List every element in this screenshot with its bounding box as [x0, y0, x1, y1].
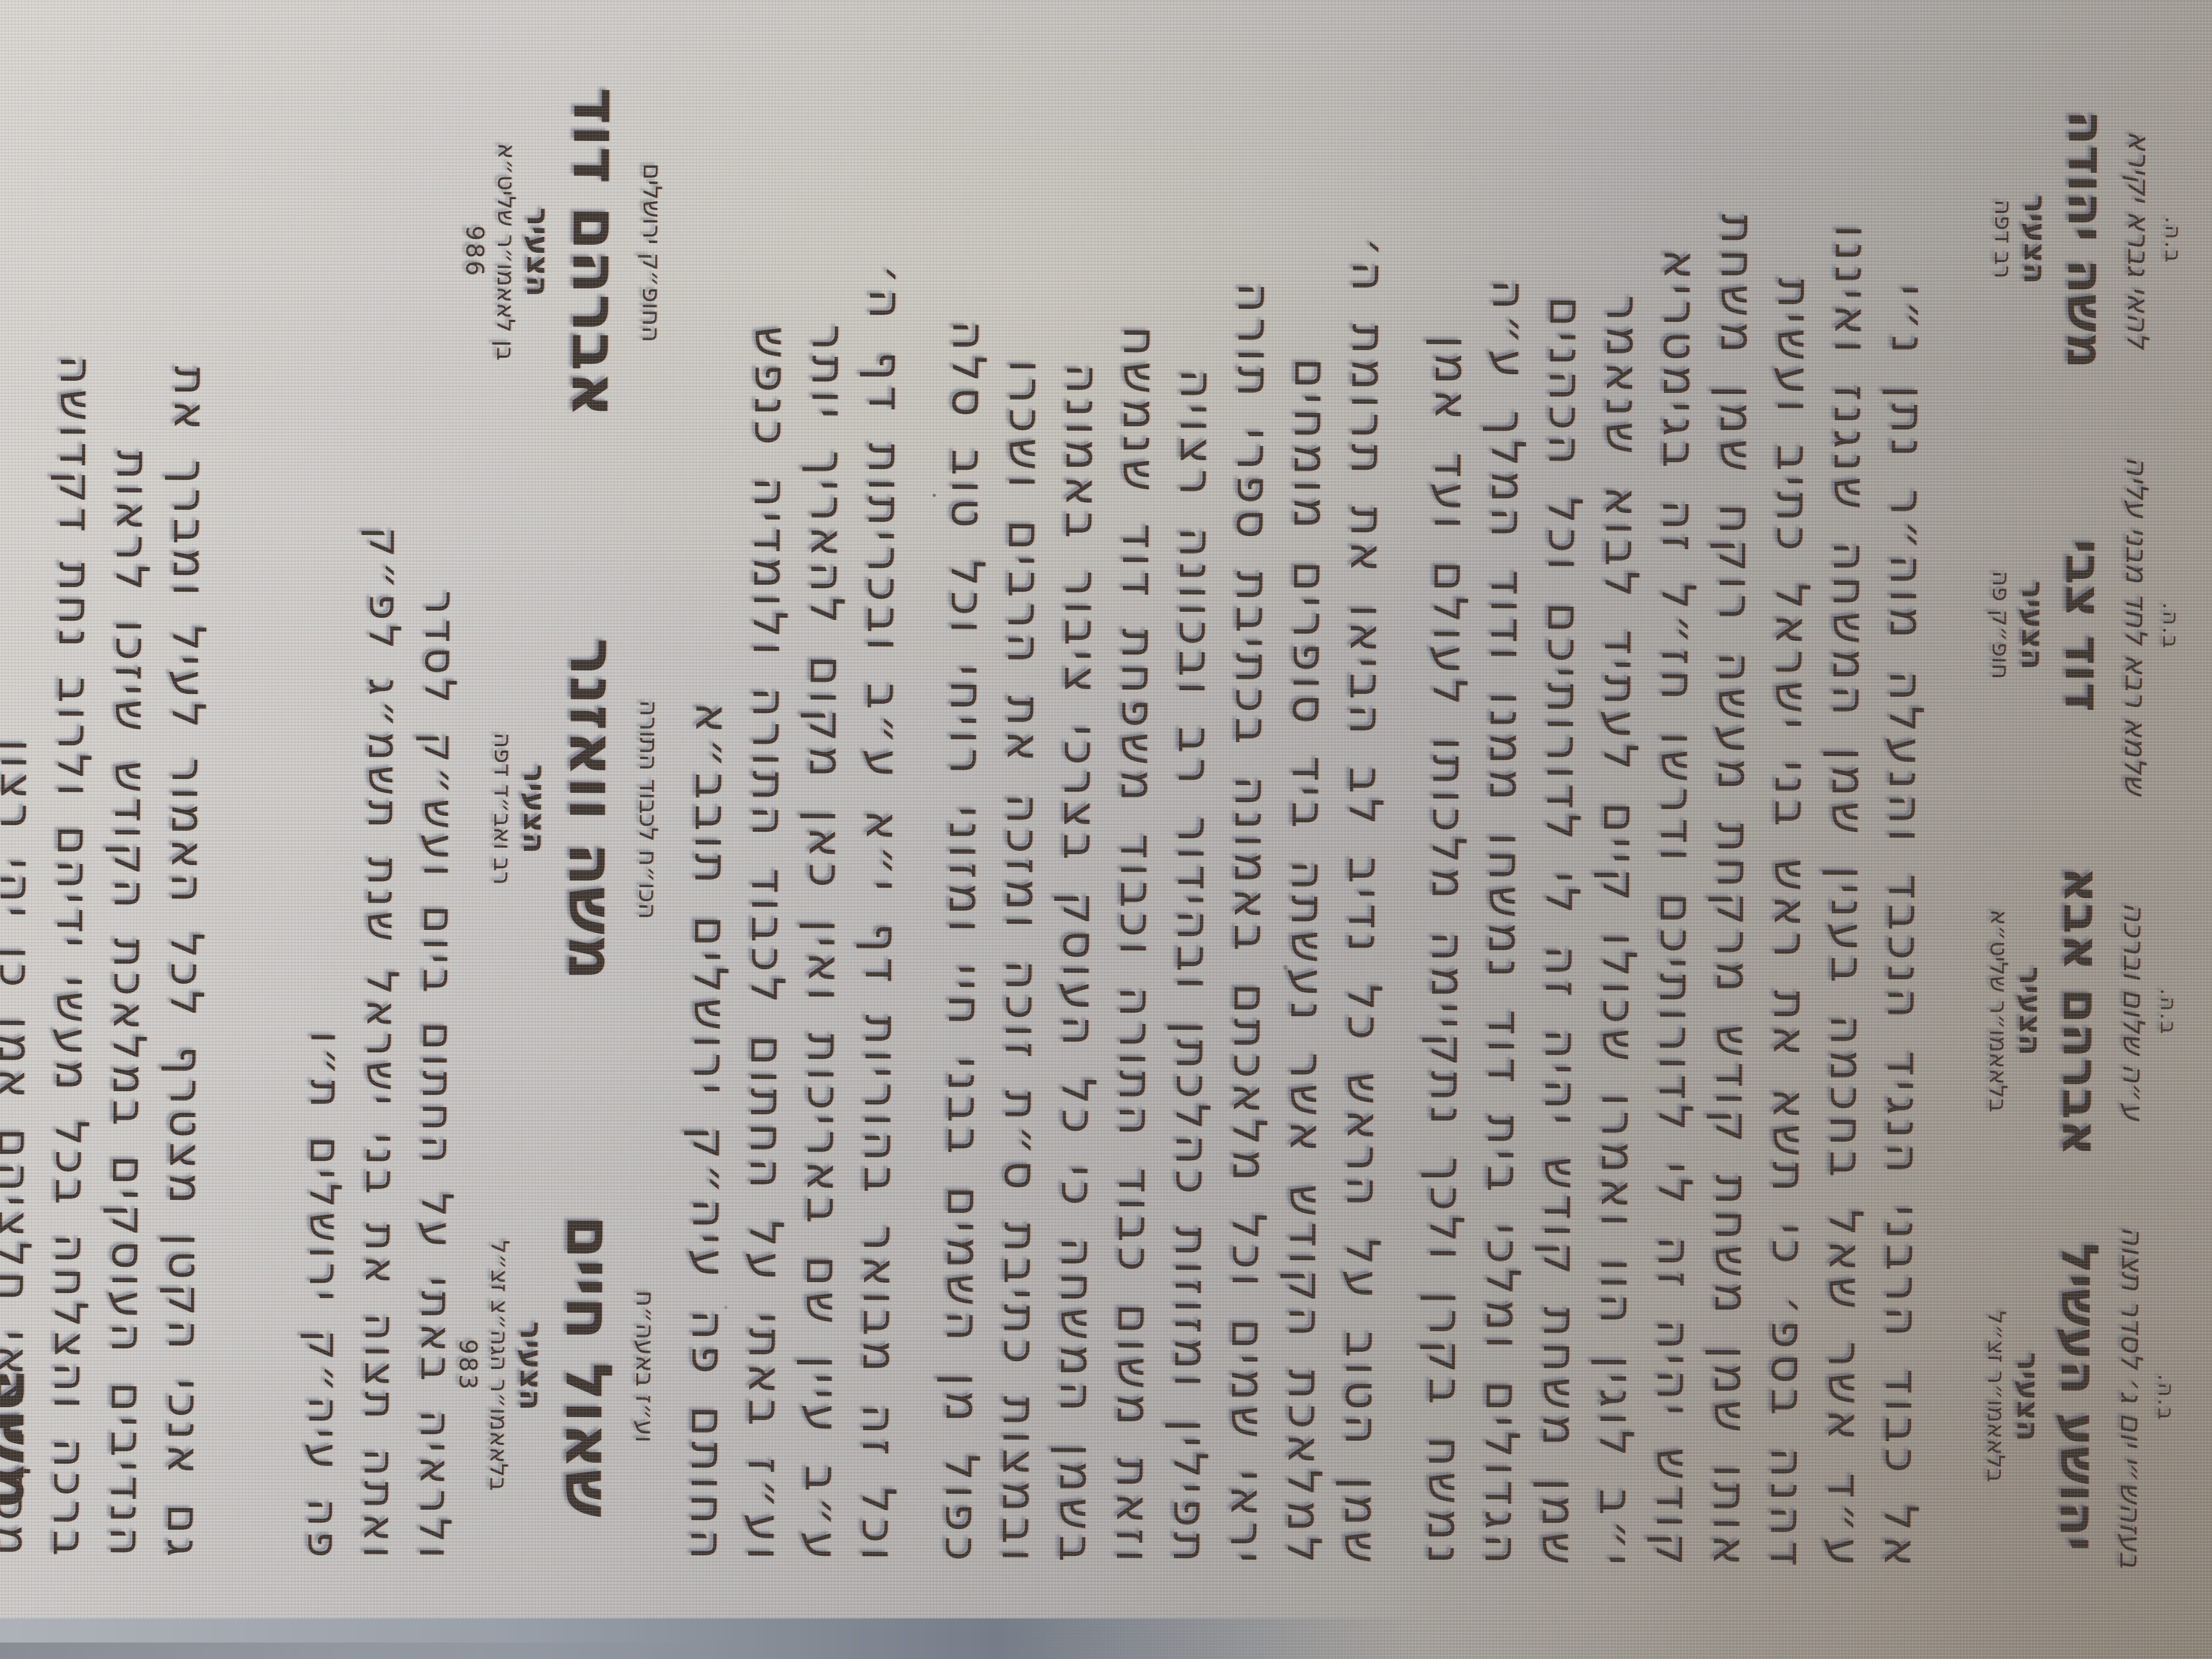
page-number: 986 [459, 54, 489, 449]
body-line: י״ב לוגין הוו ואמרו שכולו קיים לעתיד לבו… [1587, 61, 1654, 1570]
signature-block: הכו״ח לכבוד התורה משה וואזנר הצעיר רב וא… [481, 611, 664, 1007]
signature-pre-line: החופ״ק ירושלים [636, 55, 668, 450]
tzair-label: הצעיר [518, 54, 557, 449]
signature-row: וע״ז באעה״ח שאול חיים הצעיר בלאאמו״ר הגה… [478, 54, 668, 1564]
header-name: דוד צבי [2053, 450, 2114, 802]
signature-name: אברהם דוד [557, 55, 634, 450]
signature-pre-line: הכו״ח לכבוד התורה [633, 612, 664, 1007]
body-line: שמן משחת קודש יהיה זה לי לדורותיכם וכל ה… [1530, 61, 1596, 1570]
header-name: יהושע העשיל [2049, 1221, 2110, 1573]
signature-sub-line: בן לאאמו״ר שליט״א [490, 54, 521, 449]
header-script-line: בעזהש״י יום ג׳ לסדר תצוה [2113, 1222, 2150, 1573]
header-name: אברהם אבא [2051, 836, 2112, 1187]
header-script-line: ע״ה שלום וברכה [2115, 836, 2152, 1187]
body-line: הגדולים ומלכי בית דוד נמשחו ממנו ודוד המ… [1473, 60, 1539, 1570]
document-page: ב.ה. בעזהש״י יום ג׳ לסדר תצוה יהושע העשי… [8, 13, 2190, 1612]
body-line: החותם פה עיה״ק ירושלים תובב״א [679, 55, 745, 1565]
bh-mark: ב.ה. [2159, 65, 2187, 416]
footer-line: פה עיה״ק ירושלים ת״ו [295, 53, 360, 1562]
header-sub-line: רב דפה [1988, 64, 2018, 415]
footer-line: הנדיבים העוסקים במלאכת הקודש שיזכו לראות [97, 52, 163, 1561]
tzair-label: הצעיר [515, 611, 554, 1006]
header-sub-line: בלאאמו״ר שליט״א [1983, 835, 2013, 1186]
screen-photo: ב.ה. בעזהש״י יום ג׳ לסדר תצוה יהושע העשי… [0, 0, 2212, 1659]
body-line: אותו שמן משחת קודש מרקחת מעשה רוקח שמן מ… [1701, 62, 1768, 1571]
header-block: ב.ה. להאי גברא יקירא משה יהודה הצעיר רב … [1944, 63, 2187, 416]
page-number [484, 611, 486, 1006]
signature-pre-line: וע״ז באעה״ח [629, 1169, 661, 1564]
footer-line: ברכה והצלחה בכל מעשי ידיהם ולרוב נחת דקד… [40, 52, 106, 1561]
header-name: משה יהודה [2056, 64, 2117, 416]
body-line: כפול מן השמים בבני חיי ומזוני רויחי וכל … [933, 57, 1000, 1566]
signature-block: החופ״ק ירושלים אברהם דוד הצעיר בן לאאמו״… [484, 54, 668, 450]
signature-name: שאול חיים [550, 1169, 627, 1564]
dust-speck [933, 494, 936, 497]
tzair-label: הצעיר [2013, 449, 2052, 800]
tzair-label: הצעיר [2011, 836, 2050, 1187]
tzair-label: הצעיר [512, 1168, 550, 1563]
body-line: נמשח בקרן ולכך נתקיימה מלכותו לעולם ועד … [1416, 60, 1482, 1569]
footer-line: גם אנכי הקטן מצטרף לכל האמור לעיל ומברך … [154, 52, 221, 1561]
cut-signature-name: משה [0, 1368, 49, 1511]
body-line: ובמצות כתיבת ס״ת זוכה ומזכה את הרבים ושכ… [990, 58, 1057, 1567]
header-sub-line: בלאאמו״ר זצ״ל [1981, 1221, 2011, 1572]
body-line: וכל זה מבואר בהוריות דף י״א ע״ב ובכריתות… [850, 57, 916, 1566]
body-line: דהנה בספ׳ כי תשא את ראש בני ישראל כתיב ו… [1758, 62, 1825, 1571]
body-line: בשמן המשחה כי כל העוסק בצרכי ציבור באמונ… [1047, 58, 1114, 1567]
body-line: שמן הטוב על הראש כל נדיב לב הביאו את תרו… [1333, 60, 1399, 1569]
bh-mark: ב.ה. [2154, 836, 2182, 1187]
tzair-label: הצעיר [2009, 1221, 2047, 1572]
closing-paragraph: גם אנכי הקטן מצטרף לכל האמור לעיל ומברך … [0, 52, 221, 1561]
body-line: תפילין ומזוזות כהלכתן ובהידור רב ובכוונה… [1161, 59, 1228, 1568]
header-script-line: להאי גברא יקירא [2120, 64, 2157, 415]
body-line: יראי שמים וכל מלאכתם באמונה בכתיבת ספרי … [1218, 59, 1285, 1568]
signature-name: משה וואזנר [554, 612, 630, 1007]
tzair-label: הצעיר [2016, 64, 2055, 415]
header-sub-line: חופ״ק פה [1985, 449, 2016, 800]
body-line: למלאכת הקודש אשר נעשתה ביד סופרים מומחים [1276, 59, 1342, 1568]
attestation-paragraph: ולראיה באתי על החתום ביום ועש״ק לסדר ואת… [295, 53, 472, 1563]
bh-mark: ב.ה. [2152, 1222, 2180, 1573]
monitor-bezel-shadow [0, 1643, 823, 1659]
footer-line: ואתה תצוה את בני ישראל שנת תשמ״ג לפ״ק [351, 54, 416, 1563]
body-line: אל כבוד הרבני הנגיד הנכבד והנעלה מוה״ר נ… [1872, 63, 1939, 1572]
header-block: ב.ה. ע״ה שלום וברכה אברהם אבא הצעיר בלאא… [1939, 835, 2182, 1188]
signature-block: וע״ז באעה״ח שאול חיים הצעיר בלאאמו״ר הגה… [478, 1168, 661, 1564]
header-signature-row: ב.ה. בעזהש״י יום ג׳ לסדר תצוה יהושע העשי… [1937, 63, 2187, 1573]
header-block: ב.ה. שלמא רבא לחד מבני עליה דוד צבי הצעי… [1942, 449, 2184, 802]
body-text: אל כבוד הרבני הנגיד הנכבד והנעלה מוה״ר נ… [679, 55, 1939, 1572]
bh-mark: ב.ה. [2157, 450, 2184, 802]
signature-sub-line: בלאאמו״ר הגה״צ זצ״ל [484, 1168, 514, 1563]
body-line: ע״ד אשר שאל בחכמה בענין שמן המשחה שנגנז … [1815, 63, 1882, 1572]
body-line: קודש יהיה זה לי לדורותיכם ודרשו חז״ל זה … [1644, 61, 1711, 1571]
signature-sub-line: רב ואב״ד דפה [487, 611, 517, 1006]
header-block: ב.ה. בעזהש״י יום ג׳ לסדר תצוה יהושע העשי… [1937, 1221, 2180, 1573]
body-line: ע״ב עיין שם באריכות ואין כאן מקום להאריך… [793, 57, 859, 1566]
body-line: וזאת משום כבוד התורה וכבוד משפחת דוד שנמ… [1104, 58, 1171, 1567]
header-script-line: שלמא רבא לחד מבני עליה [2118, 450, 2154, 802]
body-line: וע״ז באתי על החתום לכבוד התורה ולומדיה כ… [736, 56, 802, 1565]
